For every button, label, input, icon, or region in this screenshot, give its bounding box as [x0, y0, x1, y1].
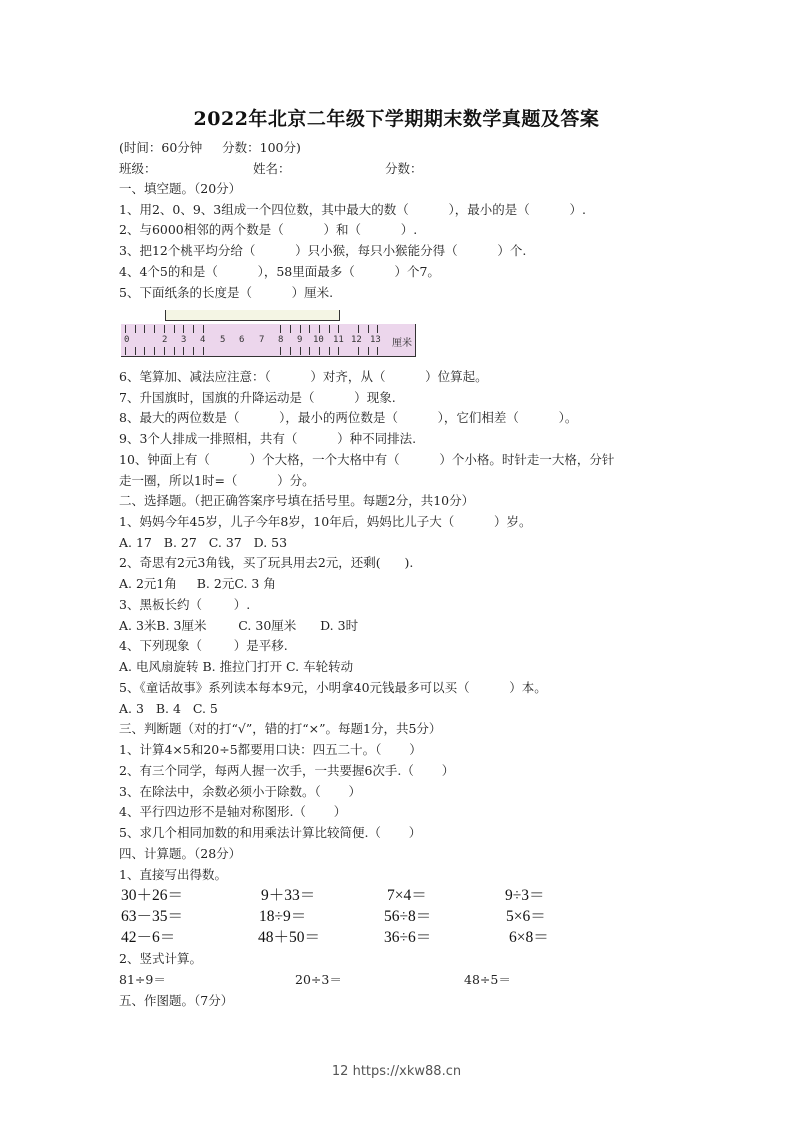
ruler-tick — [174, 347, 175, 355]
question-fill-4: 4、4个5的和是（ ），58里面最多（ ）个7。 — [119, 264, 440, 280]
question-fill-8: 8、最大的两位数是（ ），最小的两位数是（ ），它们相差（ ）。 — [119, 410, 577, 426]
section-heading-fill-blank: 一、填空题。（20分） — [119, 181, 241, 197]
question-judge-5: 5、求几个相同加数的和用乘法计算比较简便.（ ） — [119, 825, 421, 841]
ruler-tick — [193, 347, 194, 355]
ruler-tick — [319, 325, 320, 333]
question-judge-4: 4、平行四边形不是轴对称图形.（ ） — [119, 804, 346, 820]
ruler-tick — [193, 325, 194, 333]
calc-item: 9÷3＝ — [505, 887, 545, 905]
ruler-tick — [135, 325, 136, 333]
question-choice-2: 2、奇思有2元3角钱，买了玩具用去2元，还剩( ). — [119, 555, 413, 571]
calc-item: 30＋26＝ — [121, 887, 183, 905]
ruler-tick — [154, 347, 155, 355]
ruler-tick — [135, 347, 136, 355]
question-fill-1: 1、用2、0、9、3组成一个四位数，其中最大的数（ ），最小的是（ ）. — [119, 202, 586, 218]
ruler-label-6: 6 — [239, 335, 244, 345]
ruler-label-3: 3 — [181, 335, 186, 345]
ruler-label-2: 2 — [162, 335, 167, 345]
name-label: 姓名： — [253, 161, 291, 177]
ruler-tick — [203, 347, 204, 355]
page-footer: 12 https://xkw88.cn — [0, 1064, 793, 1079]
question-choice-4: 4、下列现象（ ）是平移. — [119, 638, 288, 654]
calc-item: 18÷9＝ — [259, 908, 306, 926]
ruler-tick — [144, 347, 145, 355]
section-heading-drawing: 五、作图题。（7分） — [119, 993, 233, 1009]
score-label: 分数： — [385, 161, 423, 177]
question-choice-2-options: A. 2元1角 B. 2元C. 3 角 — [119, 576, 276, 592]
ruler-tick — [280, 325, 281, 333]
calc-item: 5×6＝ — [506, 908, 546, 926]
question-fill-5: 5、下面纸条的长度是（ ）厘米. — [119, 285, 333, 301]
ruler-label-13: 13 — [370, 335, 381, 345]
ruler-tick — [154, 325, 155, 333]
ruler-tick — [377, 347, 378, 355]
calc-item: 6×8＝ — [509, 929, 549, 947]
ruler-tick — [280, 347, 281, 355]
question-choice-1: 1、妈妈今年45岁，儿子今年8岁，10年后，妈妈比儿子大（ ）岁。 — [119, 514, 531, 530]
ruler-label-4: 4 — [200, 335, 205, 345]
calc-item: 36÷6＝ — [384, 929, 431, 947]
ruler-tick — [358, 325, 359, 333]
ruler-tick — [338, 325, 339, 333]
vertical-calc-item: 20÷3＝ — [295, 972, 342, 988]
ruler-tick — [329, 325, 330, 333]
ruler-tick — [377, 325, 378, 333]
question-judge-2: 2、有三个同学，每两人握一次手，一共要握6次手.（ ） — [119, 763, 454, 779]
ruler-tick — [183, 325, 184, 333]
ruler-tick — [183, 347, 184, 355]
ruler-tick — [203, 325, 204, 333]
ruler-tick — [368, 347, 369, 355]
question-choice-4-options: A. 电风扇旋转 B. 推拉门打开 C. 车轮转动 — [119, 659, 353, 675]
ruler-tick — [174, 325, 175, 333]
calc-item: 42－6＝ — [121, 929, 175, 947]
ruler-tick — [300, 347, 301, 355]
calc-item: 56÷8＝ — [384, 908, 431, 926]
question-fill-10-cont: 走一圈，所以1时=（ ）分。 — [119, 473, 315, 489]
ruler-tick — [164, 325, 165, 333]
ruler-label-0: 0 — [124, 335, 129, 345]
ruler-tick — [164, 347, 165, 355]
section-heading-judge: 三、判断题（对的打“√”，错的打“×”。每题1分，共5分） — [119, 721, 441, 737]
question-fill-3: 3、把12个桃平均分给（ ）只小猴，每只小猴能分得（ ）个. — [119, 243, 526, 259]
ruler-tick — [309, 325, 310, 333]
ruler-tick — [368, 325, 369, 333]
ruler-label-8: 8 — [278, 335, 283, 345]
calc-item: 63－35＝ — [121, 908, 183, 926]
ruler-tick — [125, 325, 126, 333]
section-heading-choice: 二、选择题。（把正确答案序号填在括号里。每题2分，共10分） — [119, 493, 474, 509]
calc-item: 7×4＝ — [387, 887, 427, 905]
ruler-label-12: 12 — [351, 335, 362, 345]
class-label: 班级： — [119, 161, 157, 177]
ruler-tick — [309, 347, 310, 355]
ruler-tick — [290, 325, 291, 333]
ruler-tick — [319, 347, 320, 355]
calc-sub-vertical: 2、竖式计算。 — [119, 951, 202, 967]
ruler-label-9: 9 — [297, 335, 302, 345]
ruler-label-5: 5 — [220, 335, 225, 345]
ruler-tick — [329, 347, 330, 355]
ruler-unit: 厘米 — [392, 334, 412, 349]
ruler-label-11: 11 — [333, 335, 344, 345]
calc-item: 9＋33＝ — [261, 887, 315, 905]
ruler-tick — [144, 325, 145, 333]
vertical-calc-item: 48÷5＝ — [464, 972, 511, 988]
calc-sub-direct: 1、直接写出得数。 — [119, 867, 227, 883]
question-fill-2: 2、与6000相邻的两个数是（ ）和（ ）. — [119, 222, 417, 238]
ruler-tick — [125, 347, 126, 355]
question-choice-5-options: A. 3 B. 4 C. 5 — [119, 701, 218, 717]
ruler-label-7: 7 — [259, 335, 264, 345]
question-choice-5: 5、《童话故事》系列读本每本9元，小明拿40元钱最多可以买（ ）本。 — [119, 680, 547, 696]
ruler-tick — [338, 347, 339, 355]
question-fill-9: 9、3个人排成一排照相，共有（ ）种不同排法. — [119, 431, 416, 447]
ruler-tick — [290, 347, 291, 355]
page-number: 12 — [332, 1064, 349, 1079]
page-title: 2022年北京二年级下学期期末数学真题及答案 — [0, 104, 793, 131]
ruler-label-10: 10 — [313, 335, 324, 345]
paper-strip — [165, 310, 340, 321]
question-judge-3: 3、在除法中，余数必须小于除数。（ ） — [119, 784, 361, 800]
question-choice-3: 3、黑板长约（ ）. — [119, 597, 250, 613]
ruler-tick — [300, 325, 301, 333]
ruler-tick — [358, 347, 359, 355]
question-fill-10: 10、钟面上有（ ）个大格，一个大格中有（ ）个小格。时针走一大格，分针 — [119, 452, 614, 468]
question-choice-3-options: A. 3米B. 3厘米 C. 30厘米 D. 3时 — [119, 618, 358, 634]
calc-item: 48＋50＝ — [258, 929, 320, 947]
question-judge-1: 1、计算4×5和20÷5都要用口诀：四五二十。（ ） — [119, 742, 422, 758]
footer-url[interactable]: https://xkw88.cn — [353, 1064, 462, 1079]
exam-meta: (时间：60分钟 分数：100分) — [119, 140, 301, 156]
question-choice-1-options: A. 17 B. 27 C. 37 D. 53 — [119, 535, 287, 551]
ruler-figure: 0 2 3 4 5 6 7 8 9 10 11 12 13 厘米 — [121, 309, 417, 359]
ruler: 0 2 3 4 5 6 7 8 9 10 11 12 13 厘米 — [121, 324, 416, 357]
question-fill-6: 6、笔算加、减法应注意：（ ）对齐，从（ ）位算起。 — [119, 369, 488, 385]
question-fill-7: 7、升国旗时，国旗的升降运动是（ ）现象. — [119, 390, 396, 406]
vertical-calc-item: 81÷9＝ — [119, 972, 166, 988]
section-heading-calc: 四、计算题。（28分） — [119, 846, 241, 862]
